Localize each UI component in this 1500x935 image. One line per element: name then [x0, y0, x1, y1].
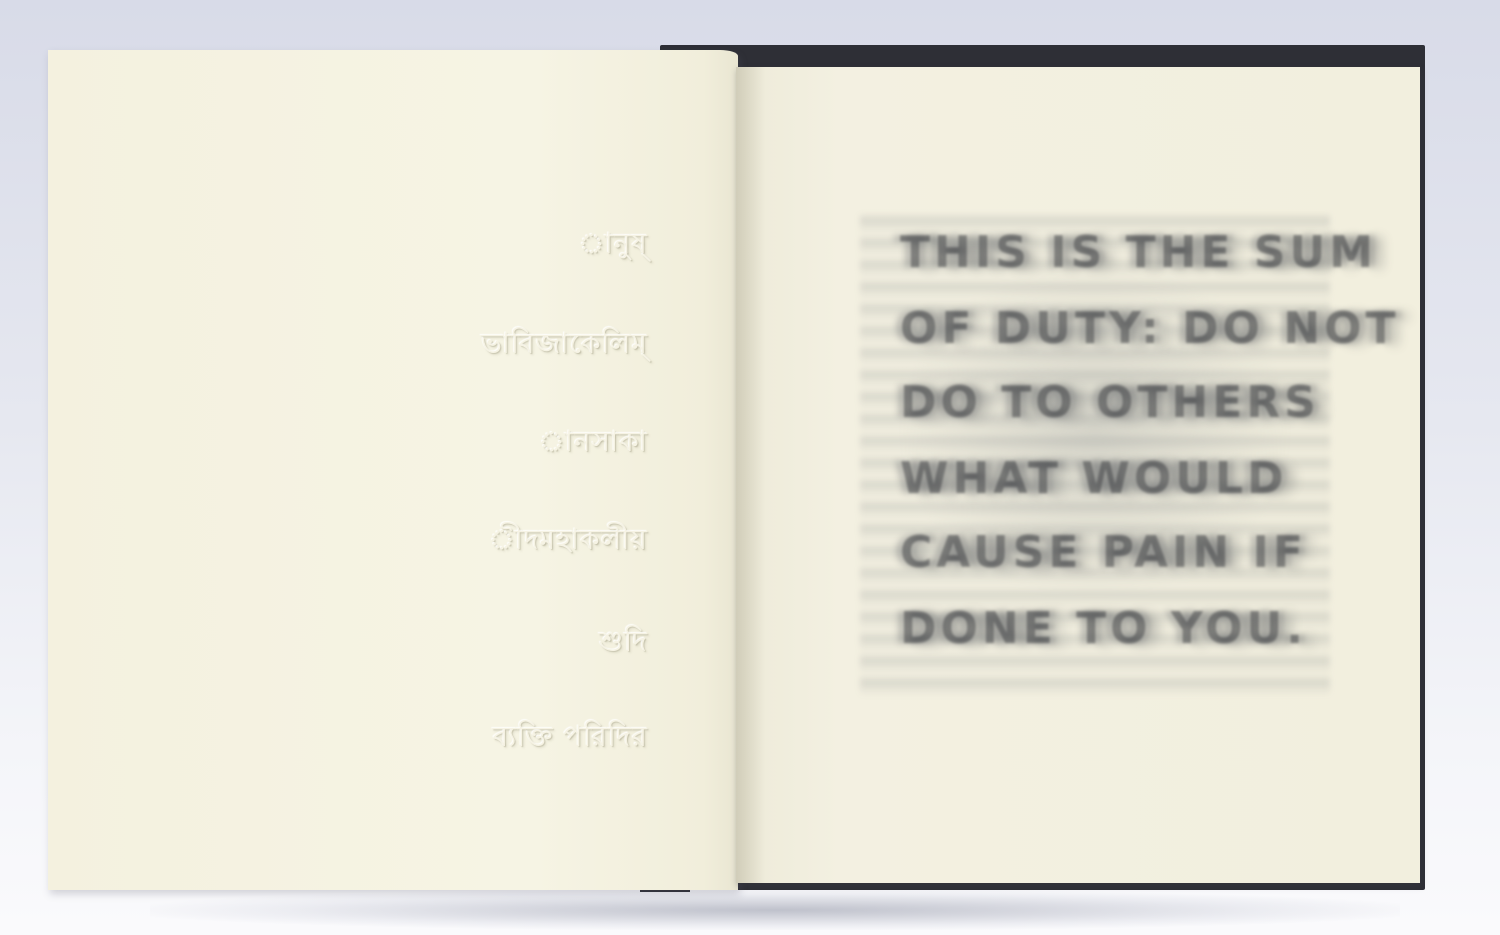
gutter-shadow: [736, 67, 766, 883]
left-page: ানুষ্ ভাবিজাকেলিম্ ানসাকা ীদমহাকলীয় শুদ…: [48, 50, 738, 890]
emboss-line: ভাবিজাকেলিম্: [481, 322, 648, 369]
charcoal-line: OF DUTY: DO NOT: [900, 303, 1340, 354]
charcoal-line: WHAT WOULD: [900, 453, 1340, 504]
emboss-line: ীদমহাকলীয়: [489, 518, 648, 565]
emboss-line: ানসাকা: [539, 420, 648, 467]
emboss-line: ানুষ্: [579, 222, 649, 269]
charcoal-line: THIS IS THE SUM: [900, 227, 1340, 278]
charcoal-line: DONE TO YOU.: [900, 603, 1340, 654]
emboss-line: শুদি: [599, 620, 648, 667]
emboss-line: ব্যক্তি পরিদির: [493, 715, 648, 762]
embossed-text: ানুষ্ ভাবিজাকেলিম্ ানসাকা ীদমহাকলীয় শুদ…: [228, 210, 648, 770]
charcoal-line: DO TO OTHERS: [900, 377, 1340, 428]
charcoal-text: THIS IS THE SUM OF DUTY: DO NOT DO TO OT…: [900, 215, 1340, 675]
book-shadow: [150, 890, 1400, 930]
charcoal-line: CAUSE PAIN IF: [900, 527, 1340, 578]
photo-scene: ানুষ্ ভাবিজাকেলিম্ ানসাকা ীদমহাকলীয় শুদ…: [0, 0, 1500, 935]
